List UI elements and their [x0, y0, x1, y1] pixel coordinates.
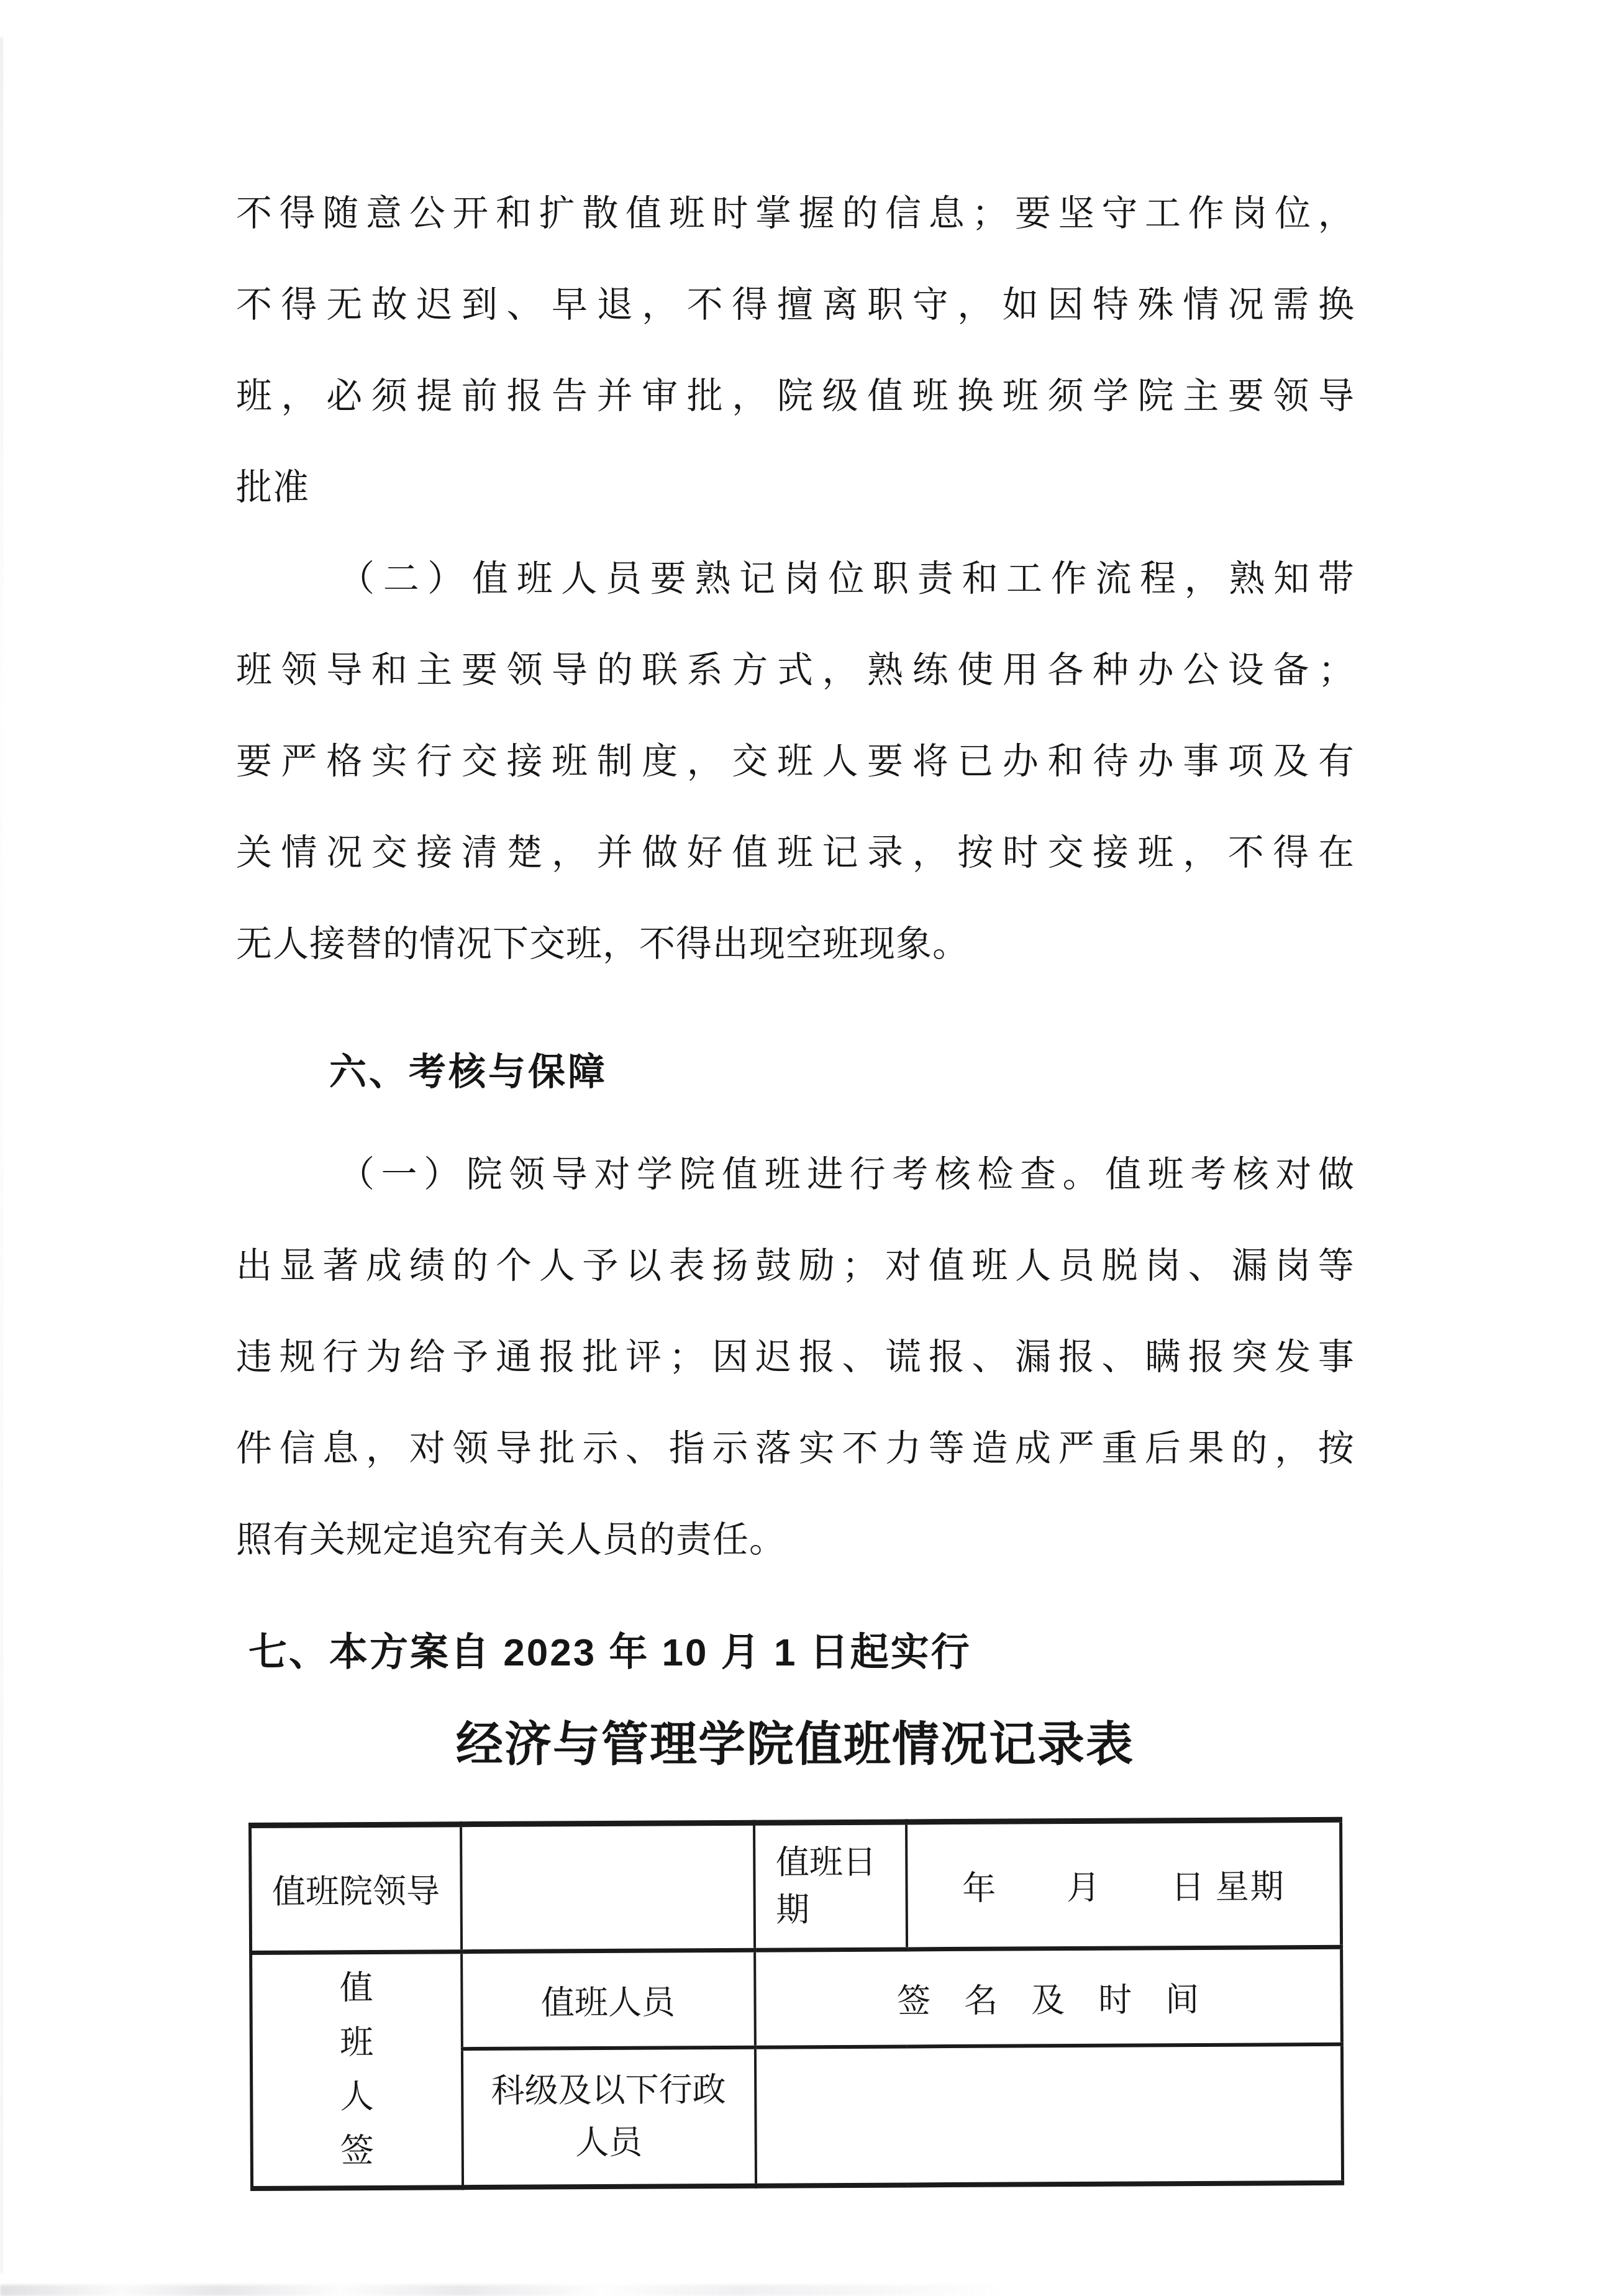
date-fields: 年 月 日 星期 — [962, 1868, 1285, 1907]
table-title: 经济与管理学院值班情况记录表 — [236, 1698, 1354, 1792]
body-line-4: 批准 — [236, 442, 1354, 533]
duty-date-fields-cell: 年 月 日 星期 — [906, 1820, 1342, 1949]
body-line-6: 班领导和主要领导的联系方式，熟练使用各种办公设备； — [236, 624, 1354, 716]
admin-signature-cell — [755, 2044, 1342, 2186]
body-line-3: 班，必须提前报告并审批，院级值班换班须学院主要领导 — [236, 350, 1354, 442]
duty-staff-label-cell: 值班人员 — [462, 1950, 755, 2049]
body-line-11: 出显著成绩的个人予以表扬鼓励；对值班人员脱岗、漏岗等 — [236, 1220, 1354, 1311]
body-line-12: 违规行为给予通报批评；因迟报、谎报、漏报、瞒报突发事 — [236, 1311, 1354, 1403]
body-line-8: 关情况交接清楚，并做好值班记录，按时交接班，不得在 — [236, 807, 1354, 898]
scanned-document-page: 不得随意公开和扩散值班时掌握的信息；要坚守工作岗位， 不得无故迟到、早退，不得擅… — [0, 0, 1615, 2296]
body-line-14: 照有关规定追究有关人员的责任。 — [236, 1494, 1354, 1585]
section-heading-assessment: 六、考核与保障 — [236, 1026, 1354, 1118]
body-line-9: 无人接替的情况下交班，不得出现空班现象。 — [236, 898, 1354, 990]
signature-time-header-cell: 签 名 及 时 间 — [755, 1947, 1342, 2047]
body-line-13: 件信息，对领导批示、指示落实不力等造成严重后果的，按 — [236, 1403, 1354, 1494]
duty-signer-vertical-label: 值班人签 — [338, 1961, 375, 2179]
duty-leader-value-cell — [461, 1823, 755, 1951]
admin-staff-label-cell: 科级及以下行政人员 — [462, 2048, 755, 2187]
duty-record-table: 值班院领导 值班日期 年 月 日 星期 — [248, 1817, 1356, 2191]
table-row-duty-staff: 值班人签 值班人员 签 名 及 时 间 — [251, 1947, 1342, 2050]
body-line-5: （二）值班人员要熟记岗位职责和工作流程，熟知带 — [236, 533, 1354, 624]
body-line-7: 要严格实行交接班制度，交班人要将已办和待办事项及有 — [236, 716, 1354, 807]
duty-date-label-cell: 值班日期 — [754, 1822, 907, 1950]
table-row-header: 值班院领导 值班日期 年 月 日 星期 — [250, 1820, 1342, 1952]
document-body: 不得随意公开和扩散值班时掌握的信息；要坚守工作岗位， 不得无故迟到、早退，不得擅… — [236, 168, 1354, 2191]
body-line-1: 不得随意公开和扩散值班时掌握的信息；要坚守工作岗位， — [236, 168, 1354, 259]
duty-date-label: 值班日期 — [776, 1839, 885, 1934]
section-heading-effective-date: 七、本方案自 2023 年 10 月 1 日起实行 — [236, 1607, 1354, 1698]
scan-edge-artifact — [0, 37, 3, 2274]
body-line-10: （一）院领导对学院值班进行考核检查。值班考核对做 — [236, 1129, 1354, 1220]
signature-time-label: 签 名 及 时 间 — [897, 1980, 1199, 2020]
scan-bottom-artifact — [0, 2285, 1001, 2296]
duty-leader-label: 值班院领导 — [272, 1872, 440, 1910]
duty-staff-label: 值班人员 — [541, 1984, 675, 2021]
body-line-2: 不得无故迟到、早退，不得擅离职守，如因特殊情况需换 — [236, 259, 1354, 350]
admin-staff-label: 科级及以下行政人员 — [475, 2064, 743, 2170]
duty-leader-label-cell: 值班院领导 — [250, 1824, 462, 1953]
duty-signer-cell: 值班人签 — [251, 1952, 463, 2189]
